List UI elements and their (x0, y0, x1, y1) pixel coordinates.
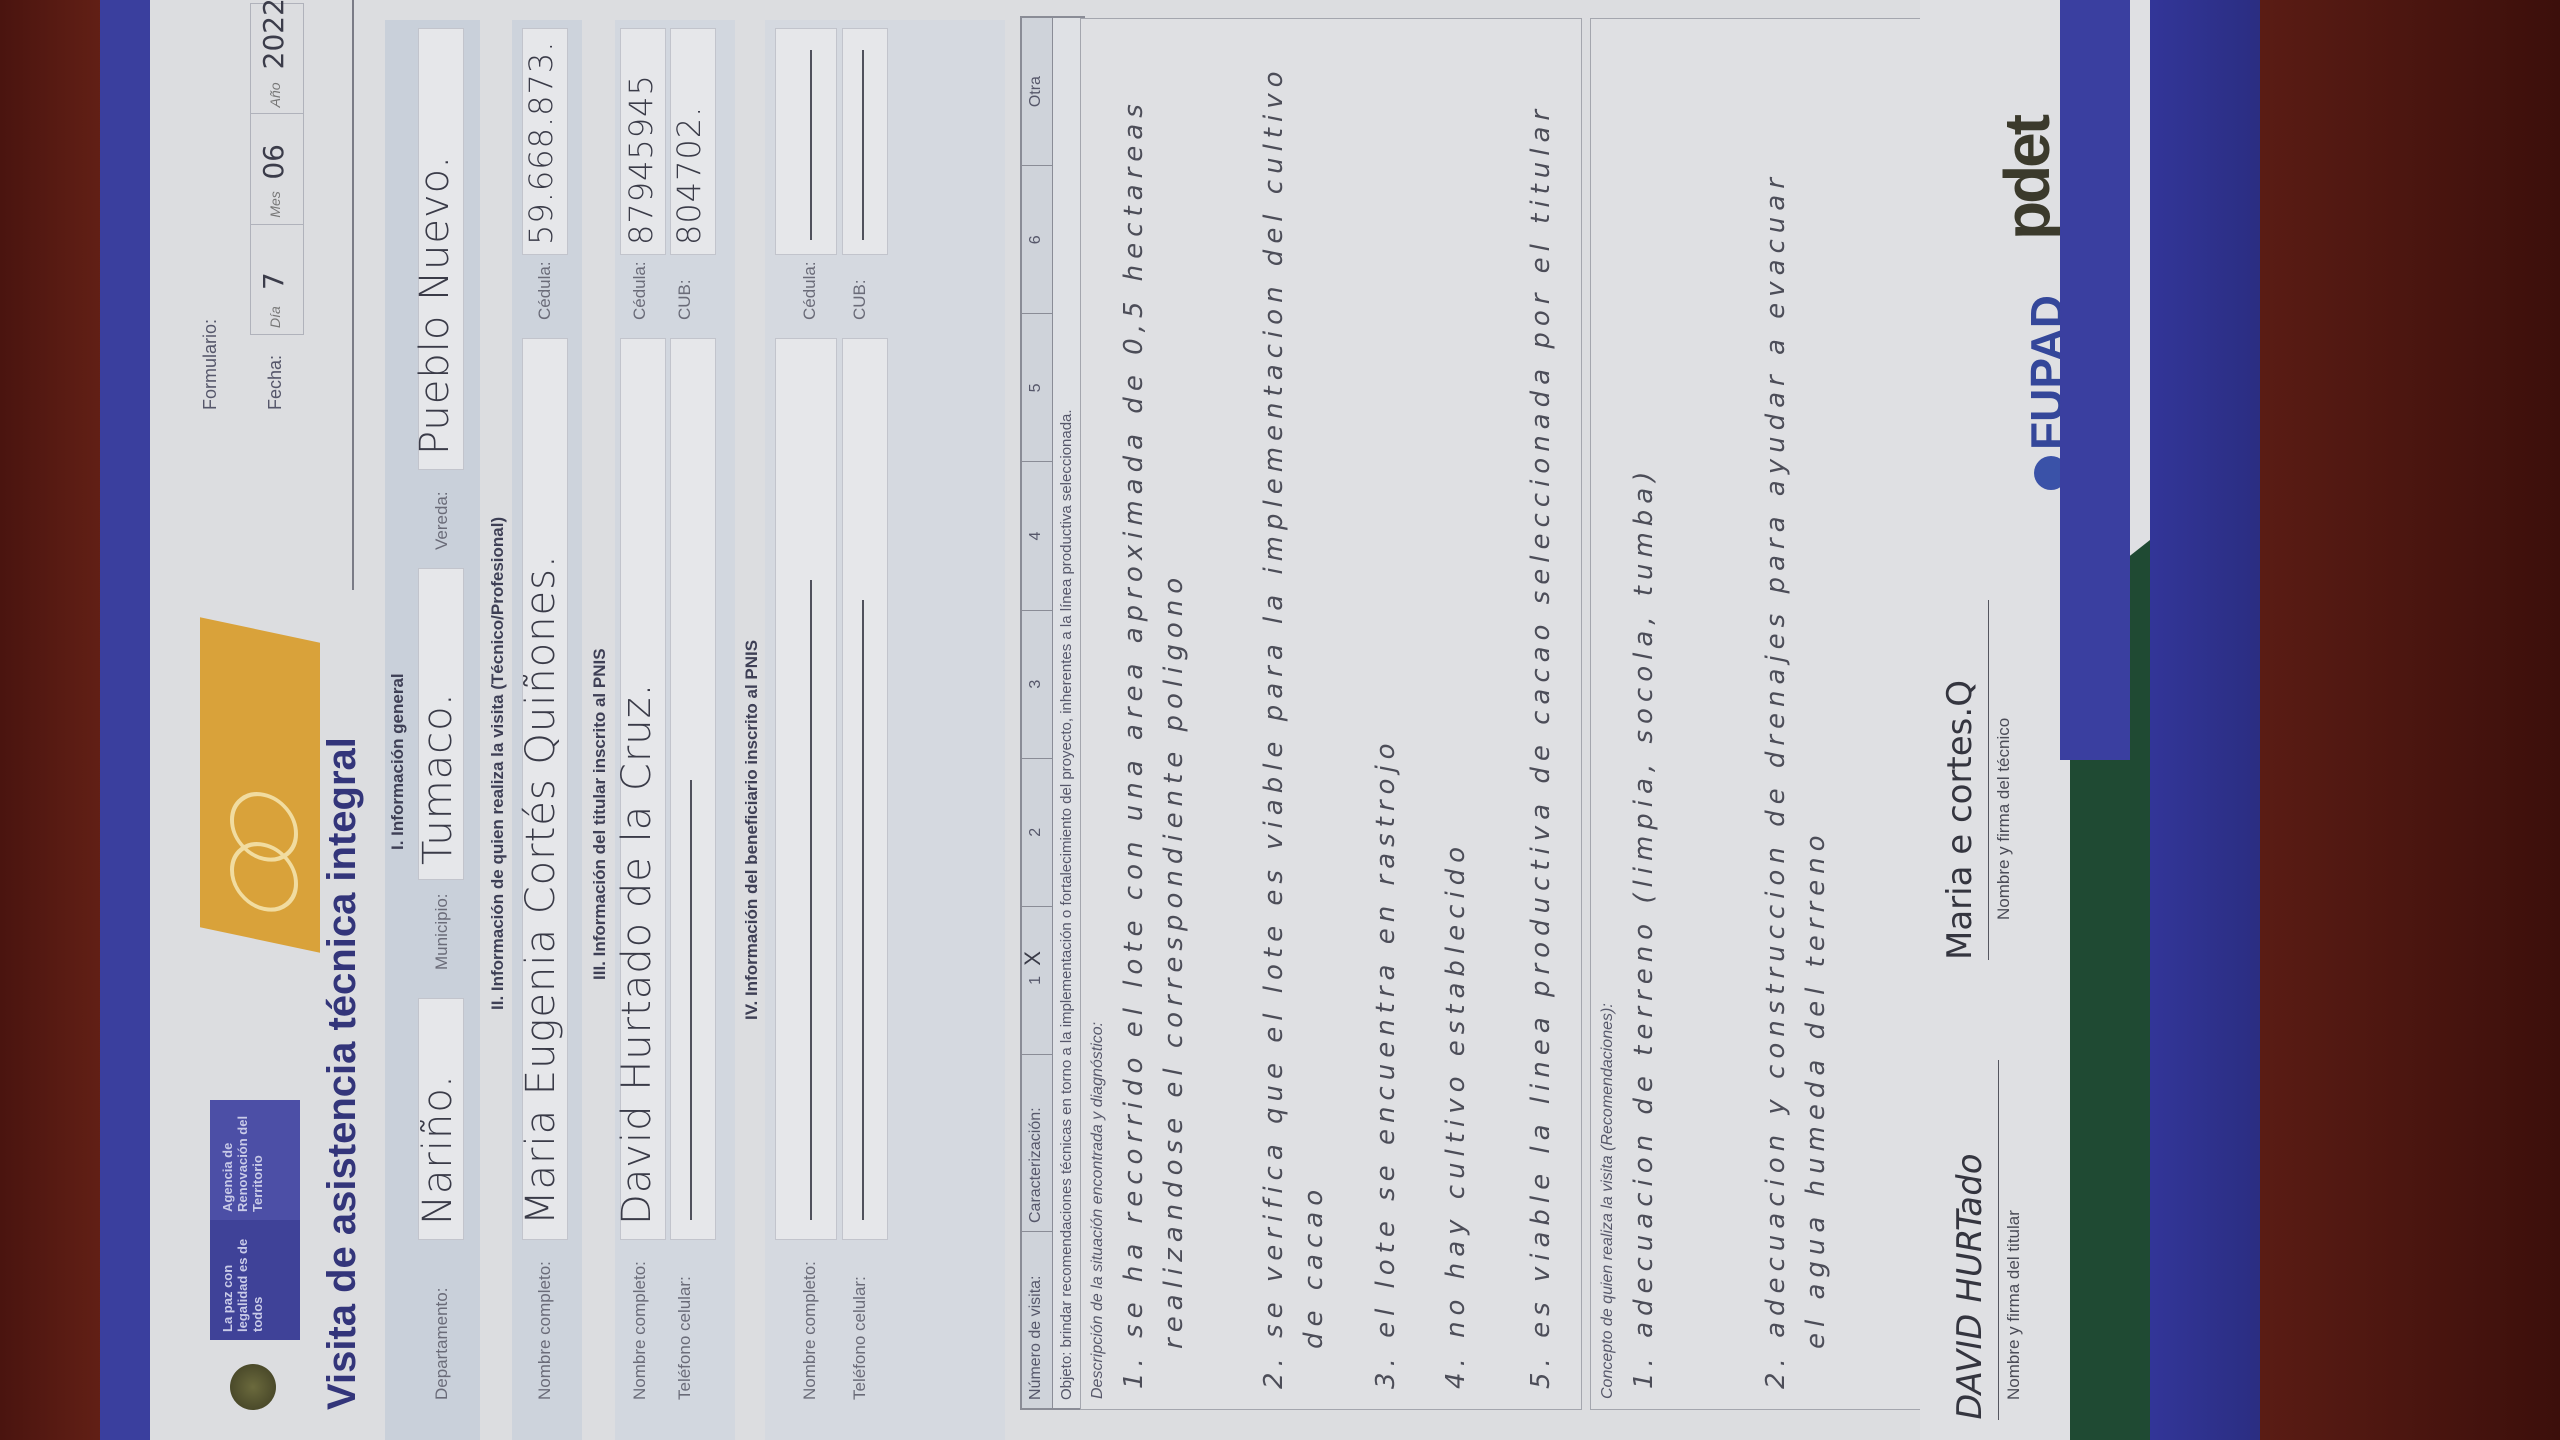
vereda-label: Vereda: (432, 491, 452, 550)
beneficiario-name-blank-line (810, 580, 812, 1220)
option-label: 3 (1027, 680, 1044, 689)
beneficiario-cub-field[interactable] (842, 28, 888, 255)
diagnostico-line: 5. es viable la linea productiva de caca… (1526, 104, 1556, 1389)
visit-number-row: Número de visita: Caracterización: 1X 2 … (1022, 18, 1053, 1408)
beneficiario-name-label: Nombre completo: (800, 1261, 820, 1400)
titular-cub-label: CUB: (675, 279, 695, 320)
month-label: Mes (267, 191, 283, 217)
visit-option-5[interactable]: 5 (1022, 313, 1052, 461)
beneficiario-cub-blank-line (862, 50, 864, 240)
section-title-general: I. Información general (388, 673, 408, 850)
municipio-label: Municipio: (432, 893, 452, 970)
diagnostico-line: 1. se ha recorrido el lote con una area … (1119, 98, 1149, 1389)
form-header: La paz con legalidad es de todos Agencia… (170, 20, 370, 1410)
fecha-label: Fecha: (265, 355, 286, 410)
section-title-beneficiario: IV. Información del beneficiario inscrit… (742, 640, 762, 1020)
section-title-visitor: II. Información de quien realiza la visi… (488, 517, 508, 1010)
visit-number-label: Número de visita: (1022, 1231, 1052, 1408)
logo-agency: Agencia de Renovación del Territorio (210, 1100, 300, 1220)
titular-cedula-value: 87945945 (622, 74, 660, 245)
recomendacion-line: 2. adecuacion y construccion de drenajes… (1761, 172, 1791, 1389)
logo-slogan: La paz con legalidad es de todos (210, 1220, 300, 1340)
formulario-label: Formulario: (200, 319, 221, 410)
diagnostico-line: realizandose el correspondiente poligono (1159, 572, 1189, 1349)
desk-surface-right (2260, 0, 2560, 1440)
titular-cub-value: 804702. (670, 106, 708, 245)
visit-option-otra[interactable]: Otra (1022, 18, 1052, 165)
art-logo: La paz con legalidad es de todos Agencia… (210, 1100, 300, 1340)
vereda-value: Pueblo Nuevo. (412, 155, 458, 455)
recomendacion-line: 1. adecuacion de terreno (limpia, socola… (1629, 466, 1659, 1389)
day-label: Día (267, 306, 283, 328)
option-label: 1 (1027, 976, 1044, 985)
option-label: 4 (1027, 532, 1044, 541)
pdet-logo: pdet (1990, 117, 2064, 240)
titular-signature-label: Nombre y firma del titular (2004, 1210, 2024, 1400)
beneficiario-cedula-label: Cédula: (800, 261, 820, 320)
beneficiario-phone-field[interactable] (842, 338, 888, 1240)
titular-name-label: Nombre completo: (630, 1261, 650, 1400)
title-divider (352, 0, 354, 590)
blue-folder-overlap (2060, 0, 2130, 760)
visit-number-table: Número de visita: Caracterización: 1X 2 … (1020, 16, 1085, 1410)
visitor-name-label: Nombre completo: (535, 1261, 555, 1400)
visitor-cedula-value: 59.668.873. (522, 41, 560, 245)
objeto-text: Objeto: brindar recomendaciones técnicas… (1053, 401, 1083, 1408)
beneficiario-cedula-field[interactable] (775, 28, 837, 255)
beneficiario-phone-label: Teléfono celular: (850, 1276, 870, 1400)
date-field[interactable]: Día 7 Mes 06 Año 2022 (250, 3, 304, 335)
tecnico-signature: Maria e cortes.Q (1940, 680, 1980, 960)
titular-signature-line (1998, 1060, 1999, 1420)
paper-viewport: La paz con legalidad es de todos Agencia… (150, 0, 2110, 1440)
beneficiario-cedula-blank-line (810, 50, 812, 240)
titular-phone-blank-line (690, 780, 692, 1220)
titular-phone-label: Teléfono celular: (675, 1276, 695, 1400)
day-value: 7 (257, 272, 290, 290)
recomendaciones-label: Concepto de quien realiza la visita (Rec… (1599, 1003, 1617, 1399)
tecnico-signature-line (1988, 600, 1989, 960)
option-label: 2 (1027, 828, 1044, 837)
diagnostico-line: 3. el lote se encuentra en rastrojo (1371, 737, 1401, 1389)
titular-signature: DAVID HURTado (1950, 1150, 1990, 1424)
recomendacion-line: el agua humeda del terreno (1801, 829, 1831, 1349)
day-field[interactable]: Día 7 (251, 224, 303, 334)
beneficiario-name-field[interactable] (775, 338, 837, 1240)
section-title-titular: III. Información del titular inscrito al… (590, 648, 610, 980)
beneficiario-phone-blank-line (862, 600, 864, 1220)
departamento-label: Departamento: (432, 1288, 452, 1400)
year-label: Año (267, 82, 283, 107)
option-label: 5 (1027, 383, 1044, 392)
month-value: 06 (257, 144, 290, 180)
year-value: 2022 (257, 0, 290, 69)
caracterizacion-label: Caracterización: (1022, 1054, 1052, 1231)
departamento-value: Nariño. (415, 1074, 461, 1225)
municipio-value: Tumaco. (415, 692, 461, 865)
diagnostico-label: Descripción de la situación encontrada y… (1089, 1022, 1107, 1399)
visit-option-2[interactable]: 2 (1022, 758, 1052, 906)
yellow-program-logo (200, 617, 320, 953)
option-label: 6 (1027, 235, 1044, 244)
year-field[interactable]: Año 2022 (251, 4, 303, 113)
visit-option-6[interactable]: 6 (1022, 165, 1052, 313)
diagnostico-line: 2. se verifica que el lote es viable par… (1259, 65, 1289, 1389)
selected-mark: X (1020, 951, 1046, 966)
tecnico-signature-label: Nombre y firma del técnico (1994, 718, 2014, 920)
diagnostico-box[interactable]: Descripción de la situación encontrada y… (1080, 18, 1582, 1410)
titular-phone-field[interactable] (670, 338, 716, 1240)
coat-of-arms-icon (230, 1364, 276, 1410)
page-title: Visita de asistencia técnica integral (320, 737, 365, 1410)
visit-option-3[interactable]: 3 (1022, 610, 1052, 758)
diagnostico-line: 4. no hay cultivo establecido (1441, 841, 1471, 1389)
visitor-name-value: Maria Eugenia Cortés Quiñones. (518, 554, 564, 1225)
visit-option-1[interactable]: 1X (1022, 906, 1052, 1054)
month-field[interactable]: Mes 06 (251, 113, 303, 223)
visit-option-4[interactable]: 4 (1022, 461, 1052, 609)
form-paper: La paz con legalidad es de todos Agencia… (150, 0, 2110, 1440)
diagnostico-line: de cacao (1299, 1184, 1329, 1349)
titular-cedula-label: Cédula: (630, 261, 650, 320)
beneficiario-cub-label: CUB: (850, 279, 870, 320)
objeto-row: Objeto: brindar recomendaciones técnicas… (1053, 18, 1083, 1408)
option-label: Otra (1027, 76, 1044, 107)
titular-name-value: David Hurtado de la Cruz. (614, 683, 660, 1225)
visitor-cedula-label: Cédula: (535, 261, 555, 320)
